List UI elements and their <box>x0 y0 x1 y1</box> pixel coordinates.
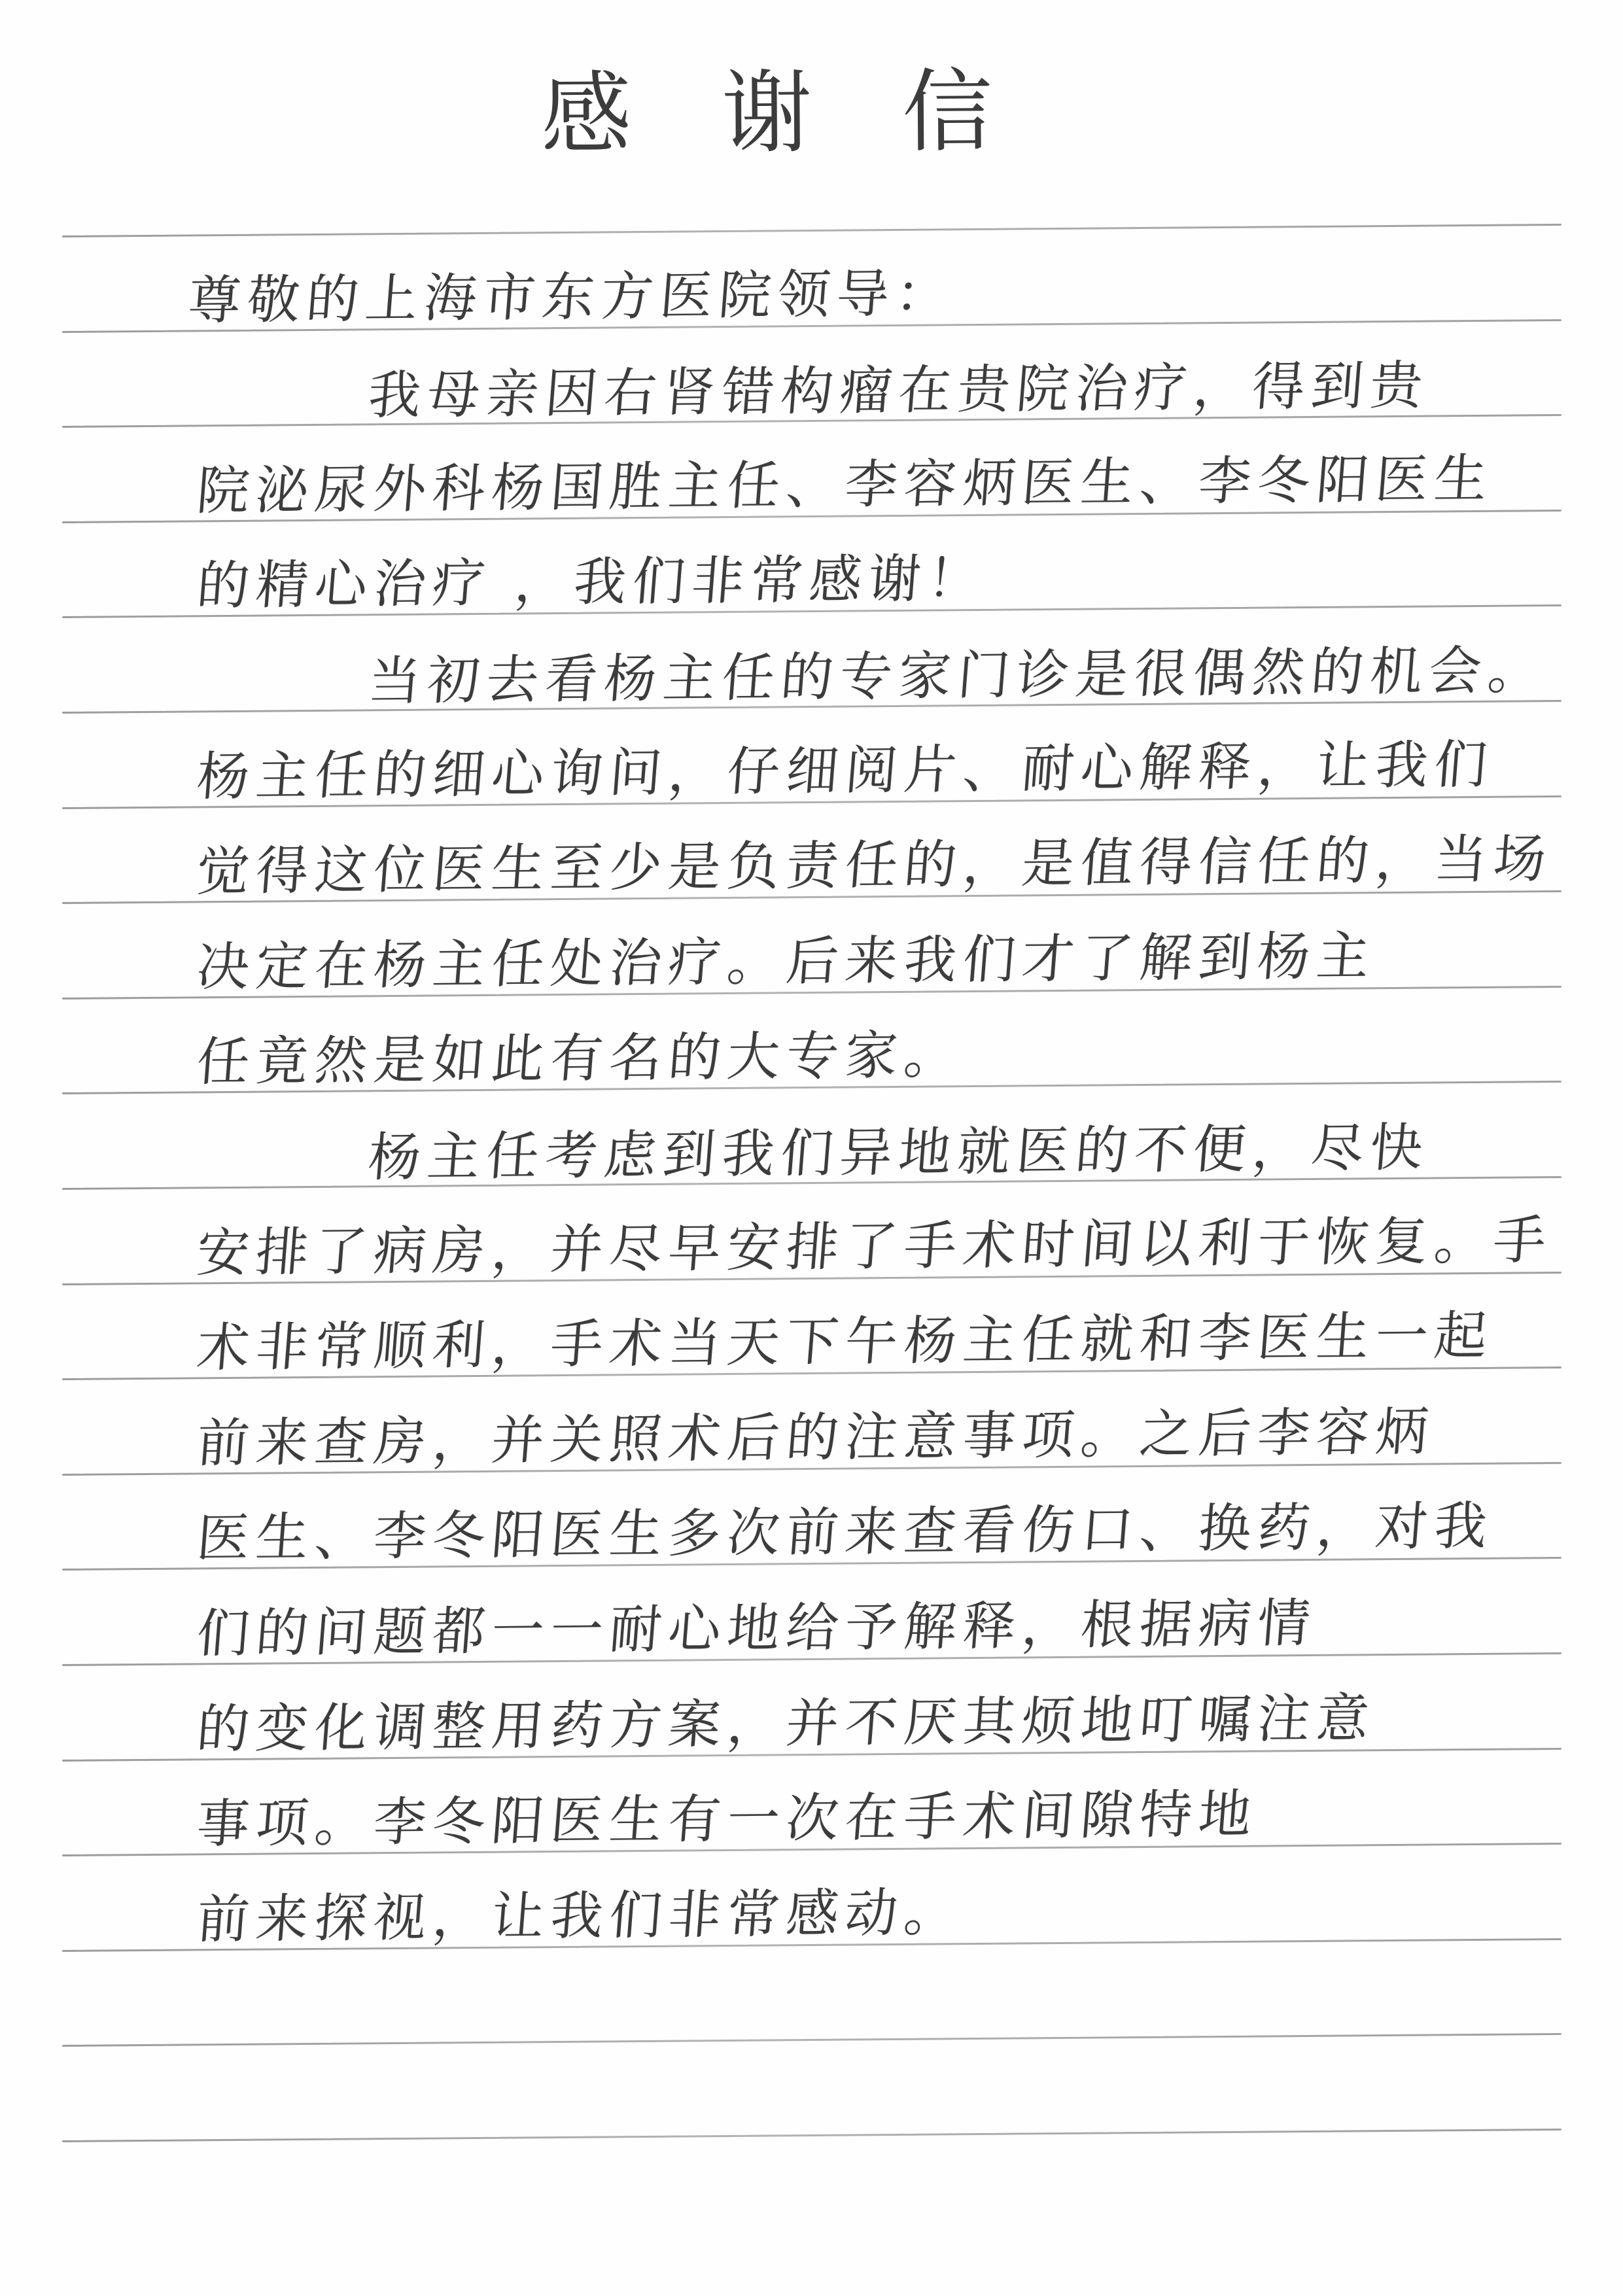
handwritten-line-text: 医生、李冬阳医生多次前来查看伤口、换药，对我 <box>195 1500 1495 1565</box>
handwritten-line-text: 觉得这位医生至少是负责任的，是值得信任的，当场 <box>195 833 1554 898</box>
handwritten-line-text: 前来探视，让我们非常感动。 <box>195 1887 965 1946</box>
handwritten-line: 安排了病房，并尽早安排了手术时间以利于恢复。手 <box>195 1189 1549 1279</box>
handwritten-line: 杨主任的细心询问，仔细阅片、耐心解释，让我们 <box>195 713 1490 803</box>
handwritten-line: 医生、李冬阳医生多次前来查看伤口、换药，对我 <box>195 1474 1490 1565</box>
handwritten-line-text: 决定在杨主任处治疗。后来我们才了解到杨主 <box>195 930 1378 994</box>
handwritten-line: 前来查房，并关照术后的注意事项。之后李容炳 <box>195 1380 1431 1470</box>
handwritten-line: 我母亲因右肾错构瘤在贵院治疗，得到贵 <box>366 332 1426 422</box>
handwritten-line: 任竟然是如此有名的大专家。 <box>195 998 960 1088</box>
ruled-line <box>62 224 1562 237</box>
handwritten-line-text: 杨主任考虑到我们异地就医的不便，尽快 <box>366 1121 1431 1184</box>
handwritten-line-text: 当初去看杨主任的专家门诊是很偶然的机会。 <box>366 644 1549 708</box>
handwritten-line: 的变化调整用药方案，并不厌其烦地叮嘱注意 <box>195 1665 1372 1756</box>
handwritten-line-text: 事项。李冬阳医生有一次在手术间隙特地 <box>195 1788 1260 1851</box>
handwritten-line-text: 任竟然是如此有名的大专家。 <box>195 1029 965 1088</box>
handwritten-line: 术非常顺利，手术当天下午杨主任就和李医生一起 <box>195 1284 1490 1374</box>
handwritten-line-text: 安排了病房，并尽早安排了手术时间以利于恢复。手 <box>195 1214 1554 1279</box>
handwritten-line: 事项。李冬阳医生有一次在手术间隙特地 <box>195 1760 1255 1851</box>
handwritten-line: 前来探视，让我们非常感动。 <box>195 1856 960 1946</box>
handwritten-line: 们的问题都一一耐心地给予解释，根据病情 <box>195 1570 1314 1660</box>
handwritten-line: 的精心治疗 ，我们非常感谢！ <box>195 522 983 612</box>
handwritten-line: 当初去看杨主任的专家门诊是很偶然的机会。 <box>366 617 1544 708</box>
ruled-line <box>62 2033 1562 2047</box>
handwritten-line-text: 的精心治疗 ，我们非常感谢！ <box>195 552 988 612</box>
handwritten-line-text: 我母亲因右肾错构瘤在贵院治疗，得到贵 <box>366 359 1431 422</box>
handwritten-line: 觉得这位医生至少是负责任的，是值得信任的，当场 <box>195 808 1549 898</box>
handwritten-line-text: 杨主任的细心询问，仔细阅片、耐心解释，让我们 <box>195 739 1495 803</box>
handwritten-line-text: 院泌尿外科杨国胜主任、李容炳医生、李冬阳医生 <box>195 453 1495 517</box>
handwritten-line-text: 的变化调整用药方案，并不厌其烦地叮嘱注意 <box>195 1692 1378 1756</box>
handwritten-line: 杨主任考虑到我们异地就医的不便，尽快 <box>366 1094 1426 1184</box>
ruled-line <box>62 2129 1562 2142</box>
page-title: 感谢信 <box>540 39 1083 172</box>
handwritten-line-text: 术非常顺利，手术当天下午杨主任就和李医生一起 <box>195 1310 1495 1374</box>
handwritten-line: 决定在杨主任处治疗。后来我们才了解到杨主 <box>195 903 1372 994</box>
handwritten-line-text: 前来查房，并关照术后的注意事项。之后李容炳 <box>195 1406 1437 1470</box>
letter-page: 感谢信 尊敬的上海市东方医院领导：我母亲因右肾错构瘤在贵院治疗，得到贵院泌尿外科… <box>0 0 1623 2296</box>
handwritten-line-text: 们的问题都一一耐心地给予解释，根据病情 <box>195 1597 1319 1660</box>
salutation-line: 尊敬的上海市东方医院领导： <box>186 237 952 327</box>
handwritten-line: 院泌尿外科杨国胜主任、李容炳医生、李冬阳医生 <box>195 427 1490 517</box>
handwritten-line-text: 尊敬的上海市东方医院领导： <box>186 268 956 327</box>
